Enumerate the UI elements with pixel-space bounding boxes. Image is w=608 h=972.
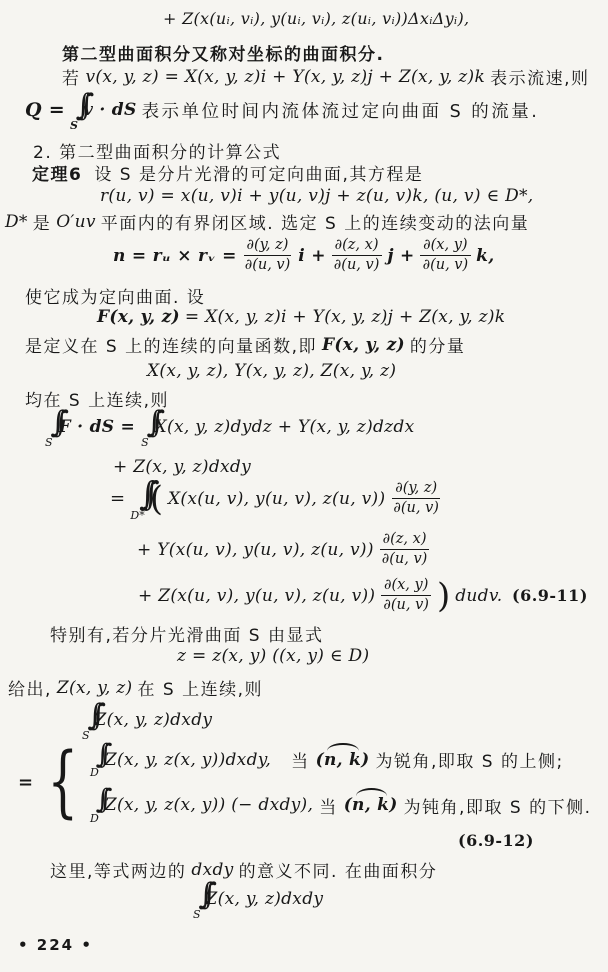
equation-number-6-9-12: (6.9-12): [458, 831, 534, 850]
text-ruo: 若: [62, 64, 81, 89]
math-F-rhs: = X(x, y, z)i + Y(x, y, z)j + Z(x, y, z)…: [185, 307, 506, 327]
integral-subscript-D: D: [90, 813, 99, 824]
text-defined-on-S: 是定义在 S 上的连续的向量函数,即: [25, 332, 317, 357]
paragraph-velocity-field: 若 v(x, y, z) = X(x, y, z)i + Y(x, y, z)j…: [62, 64, 590, 89]
equation-main-line3: + Y(x(u, v), y(u, v), z(u, v)) ∂(z, x) ∂…: [137, 531, 430, 569]
flux-lhs: Q =: [25, 99, 65, 121]
double-integral-D: ∫∫ D: [90, 786, 99, 823]
math-equals: =: [110, 488, 125, 509]
text-components: 的分量: [410, 332, 466, 357]
double-integral-D-star: ∫∫ D*: [130, 477, 144, 521]
jacobian-xy: ∂(x, y) ∂(u, v): [420, 237, 472, 275]
equation-main-line4: + Z(x(u, v), y(u, v), z(u, v)) ∂(x, y) ∂…: [138, 577, 502, 615]
double-integral-flux: ∫∫ S: [70, 90, 78, 131]
equation-main-line1: ∫∫ S F · dS = ∫∫ S X(x, y, z)dydz + Y(x,…: [45, 407, 415, 448]
double-integral-icon: ∫∫: [96, 786, 101, 814]
integral-subscript-S: S: [141, 437, 149, 448]
double-integral-icon: ∫∫: [96, 741, 101, 769]
angle-hat-icon: [327, 743, 358, 751]
flux-caption: 表示单位时间内流体流过定向曲面 S 的流量.: [142, 98, 540, 123]
double-integral-icon: ∫∫: [139, 477, 146, 512]
equation-Z-integral: ∫∫ S Z(x, y, z)dxdy: [82, 700, 212, 741]
paragraph-oriented-surface: 使它成为定向曲面. 设: [25, 283, 205, 308]
paragraph-vector-function: 是定义在 S 上的连续的向量函数,即 F(x, y, z) 的分量: [25, 332, 465, 357]
fraction-denominator: ∂(u, v): [379, 550, 431, 568]
theorem-label: 定理6: [32, 160, 82, 185]
integral-subscript-D-star: D*: [130, 510, 144, 521]
paragraph-given: 给出, Z(x, y, z) 在 S 上连续,则: [8, 675, 263, 700]
equation-main-line2: = ∫∫ D* ( X(x(u, v), y(u, v), z(u, v)) ∂…: [110, 477, 442, 521]
fraction-denominator: ∂(u, v): [390, 499, 442, 517]
math-Z-term: + Z(x, y, z)dxdy: [113, 457, 251, 477]
math-angle-nk: (n, k): [344, 795, 398, 815]
math-D-star: D*: [5, 212, 28, 232]
fraction-numerator: ∂(x, y): [381, 577, 431, 596]
math-equals: =: [18, 772, 33, 793]
math-Z-composed: + Z(x(u, v), y(u, v), z(u, v)): [138, 586, 375, 606]
case-rows: ∫∫ D Z(x, y, z(x, y))dxdy, 当 (n, k) 为锐角,…: [90, 741, 591, 824]
textbook-page: + Z(x(uᵢ, vᵢ), y(uᵢ, vᵢ), z(uᵢ, vᵢ))ΔxᵢΔ…: [0, 0, 608, 972]
text-obtuse-lower: 为钝角,即取 S 的下侧.: [404, 793, 592, 818]
close-paren: ): [437, 579, 450, 613]
angle-hat-icon: [356, 788, 387, 796]
formula-sum-term: + Z(x(uᵢ, vᵢ), y(uᵢ, vᵢ), z(uᵢ, vᵢ))ΔxᵢΔ…: [163, 9, 469, 28]
integral-subscript-S: S: [82, 730, 90, 741]
text-dang: 当: [319, 793, 338, 818]
page-number: • 224 •: [18, 936, 93, 954]
fraction-denominator: ∂(u, v): [380, 596, 432, 614]
math-Ouv-plane: O′uv: [56, 212, 96, 232]
double-integral-S: ∫∫ S: [141, 407, 149, 448]
math-case2-integrand: Z(x, y, z(x, y)) (− dxdy),: [105, 795, 313, 815]
math-final-integrand: Z(x, y, z)dxdy: [206, 889, 324, 909]
double-integral-icon: ∫∫: [146, 407, 152, 439]
jacobian-xy: ∂(x, y) ∂(u, v): [380, 577, 432, 615]
equation-flux: Q = ∫∫ S v · dS 表示单位时间内流体流过定向曲面 S 的流量.: [25, 90, 539, 131]
math-F-xyz: F(x, y, z): [322, 335, 405, 355]
math-XY-terms: X(x, y, z)dydz + Y(x, y, z)dzdx: [155, 417, 415, 437]
normal-lhs: n = rᵤ × rᵥ =: [113, 246, 237, 266]
fraction-numerator: ∂(y, z): [244, 237, 292, 256]
math-nk-pair: (n, k): [344, 795, 398, 815]
double-integral-icon: ∫∫: [87, 700, 93, 732]
math-angle-nk: (n, k): [316, 750, 370, 770]
equation-F-definition: F(x, y, z) = X(x, y, z)i + Y(x, y, z)j +…: [97, 307, 505, 327]
jacobian-yz: ∂(y, z) ∂(u, v): [390, 480, 442, 518]
formula-parametric-surface: r(u, v) = x(u, v)i + y(u, v)j + z(u, v)k…: [100, 186, 534, 206]
double-integral-S: ∫∫ S: [193, 879, 201, 920]
case-upper-side: ∫∫ D Z(x, y, z(x, y))dxdy, 当 (n, k) 为锐角,…: [90, 741, 591, 778]
double-integral-S: ∫∫ S: [82, 700, 90, 741]
jacobian-zx: ∂(z, x) ∂(u, v): [379, 531, 431, 569]
case-lower-side: ∫∫ D Z(x, y, z(x, y)) (− dxdy), 当 (n, k)…: [90, 786, 591, 823]
paragraph-special-case: 特别有,若分片光滑曲面 S 由显式: [50, 621, 324, 646]
equation-number-6-9-11: (6.9-11): [512, 586, 588, 605]
math-Z-xyz: Z(x, y, z): [57, 678, 133, 698]
double-integral-icon: ∫∫: [198, 879, 204, 911]
math-i-plus: i +: [298, 246, 326, 266]
integral-subscript-S: S: [193, 909, 201, 920]
math-F-dS: F · dS =: [59, 417, 136, 437]
theorem-text: 设 S 是分片光滑的可定向曲面,其方程是: [94, 160, 423, 185]
integral-subscript-D: D: [90, 767, 99, 778]
text-geichu: 给出,: [8, 675, 52, 700]
equation-final-integral: ∫∫ S Z(x, y, z)dxdy: [193, 879, 323, 920]
math-case1-integrand: Z(x, y, z(x, y))dxdy,: [105, 750, 271, 770]
fraction-denominator: ∂(u, v): [242, 256, 294, 274]
text-domain-rest: 平面内的有界闭区域. 选定 S 上的连续变动的法向量: [101, 209, 529, 234]
statement-coordinate-surface-integral: 第二型曲面积分又称对坐标的曲面积分.: [62, 40, 384, 65]
text-dang: 当: [291, 747, 310, 772]
theorem-6: 定理6 设 S 是分片光滑的可定向曲面,其方程是: [32, 160, 423, 185]
fraction-numerator: ∂(y, z): [392, 480, 440, 499]
formula-velocity-field: v(x, y, z) = X(x, y, z)i + Y(x, y, z)j +…: [86, 67, 486, 87]
math-dudv: dudv.: [455, 586, 502, 606]
double-integral-S: ∫∫ S: [45, 407, 53, 448]
math-j-plus: j +: [387, 246, 414, 266]
text-here-both-sides: 这里,等式两边的: [50, 857, 186, 882]
math-k: k,: [476, 246, 494, 266]
integral-subscript-S: S: [70, 120, 78, 131]
double-integral-D: ∫∫ D: [90, 741, 99, 778]
fraction-denominator: ∂(u, v): [420, 256, 472, 274]
text-continuous-on-S: 在 S 上连续,则: [138, 675, 264, 700]
double-integral-icon: ∫∫: [75, 90, 81, 122]
text-acute-upper: 为锐角,即取 S 的上侧;: [375, 747, 563, 772]
text-flow-speed: 表示流速,则: [490, 64, 589, 89]
flux-integrand: v · dS: [83, 100, 137, 120]
fraction-numerator: ∂(z, x): [332, 237, 382, 256]
equation-normal-vector: n = rᵤ × rᵥ = ∂(y, z) ∂(u, v) i + ∂(z, x…: [113, 237, 494, 275]
math-X-composed: X(x(u, v), y(u, v), z(u, v)): [168, 489, 385, 509]
jacobian-yz: ∂(y, z) ∂(u, v): [242, 237, 294, 275]
math-nk-pair: (n, k): [316, 750, 370, 770]
open-paren: (: [150, 482, 163, 516]
case-brace: {: [48, 743, 79, 821]
fraction-denominator: ∂(u, v): [331, 256, 383, 274]
math-Z-integrand: Z(x, y, z)dxdy: [95, 710, 213, 730]
formula-components: X(x, y, z), Y(x, y, z), Z(x, y, z): [147, 361, 396, 381]
fraction-numerator: ∂(x, y): [420, 237, 470, 256]
fraction-numerator: ∂(z, x): [380, 531, 430, 550]
equation-cases: = { ∫∫ D Z(x, y, z(x, y))dxdy, 当 (n, k) …: [18, 741, 591, 824]
integral-subscript-S: S: [45, 437, 53, 448]
formula-explicit-surface: z = z(x, y) ((x, y) ∈ D): [177, 646, 369, 666]
math-Y-composed: + Y(x(u, v), y(u, v), z(u, v)): [137, 540, 374, 560]
text-shi: 是: [33, 209, 52, 234]
math-F-lhs: F(x, y, z): [97, 307, 180, 327]
double-integral-icon: ∫∫: [50, 407, 56, 439]
jacobian-zx: ∂(z, x) ∂(u, v): [331, 237, 383, 275]
paragraph-domain: D* 是 O′uv 平面内的有界闭区域. 选定 S 上的连续变动的法向量: [5, 209, 529, 234]
